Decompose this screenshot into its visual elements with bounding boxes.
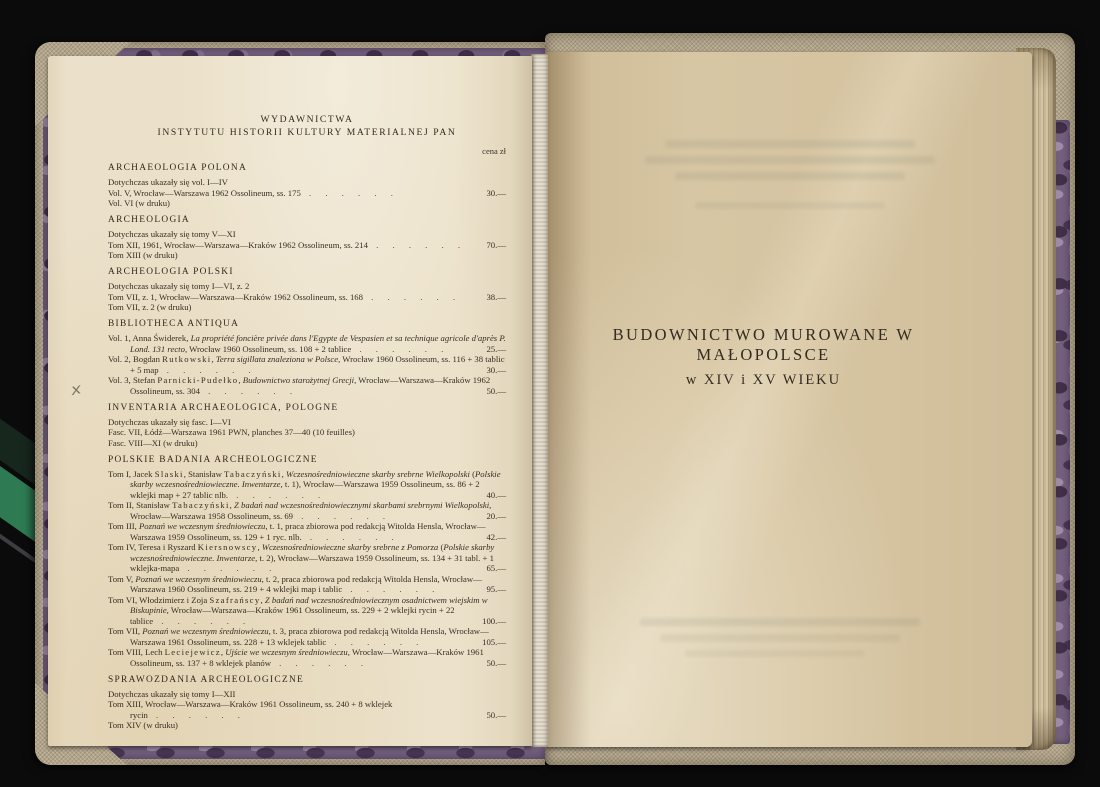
entry-text: Tabaczyński <box>172 500 230 510</box>
catalog-section: INVENTARIA ARCHAEOLOGICA, POLOGNEDotychc… <box>108 403 506 449</box>
price: 50.— <box>486 710 506 721</box>
entry-text: Poznań we wczesnym średniowieczu <box>139 521 265 531</box>
entry-text: Wczesnośredniowieczne skarby srebrne Wie… <box>286 469 470 479</box>
section-heading: ARCHEOLOGIA POLSKI <box>108 267 506 278</box>
dot-leader: . . . . . . <box>153 616 251 626</box>
entry-text: Tabaczyński <box>224 469 282 479</box>
dot-leader: . . . . . . <box>326 637 424 647</box>
list-header: WYDAWNICTWA INSTYTUTU HISTORII KULTURY M… <box>108 114 506 139</box>
catalog-entry: Tom III, Poznań we wczesnym średniowiecz… <box>108 521 506 542</box>
dot-leader: . . . . . . <box>368 240 466 250</box>
entry-text: Rutkowski <box>162 354 211 364</box>
catalog-entry: Vol. V, Wrocław—Warszawa 1962 Ossolineum… <box>108 188 506 199</box>
price-column-label: cena zł <box>108 146 506 157</box>
catalog-entry: Tom XIII, Wrocław—Warszawa—Kraków 1961 O… <box>108 699 506 720</box>
catalog-entry: Tom VIII, Lech Leciejewicz, Ujście we wc… <box>108 647 506 668</box>
show-through-text-blur <box>675 172 905 180</box>
entry-text: Fasc. VII, Łódź—Warszawa 1961 PWN, planc… <box>108 427 355 437</box>
price: 95.— <box>486 584 506 595</box>
dot-leader: . . . . . . <box>302 532 400 542</box>
show-through-text-blur <box>685 650 865 657</box>
catalog-entry: Dotychczas ukazały się tomy I—XII <box>108 689 506 700</box>
entry-text: Tom I, Jacek <box>108 469 155 479</box>
catalog-entry: Tom VI, Włodzimierz i Zoja Szafrańscy, Z… <box>108 595 506 627</box>
half-title-line2: w XIV i XV WIEKU <box>545 372 982 389</box>
entry-text: Parnicki-Pudełko <box>157 375 238 385</box>
half-title: BUDOWNICTWO MUROWANE W MAŁOPOLSCE w XIV … <box>545 325 982 389</box>
catalog-section: ARCHAEOLOGIA POLONADotychczas ukazały si… <box>108 163 506 209</box>
entry-text: Z badań nad wczesnośredniowiecznymi skar… <box>234 500 489 510</box>
binding-gauze <box>531 54 548 747</box>
entry-text: Dotychczas ukazały się tomy V—XI <box>108 229 236 239</box>
dot-leader: . . . . . . <box>363 292 461 302</box>
entry-text: Vol. 3, Stefan <box>108 375 157 385</box>
catalog-entry: Tom VII, z. 1, Wrocław—Warszawa—Kraków 1… <box>108 292 506 303</box>
catalog-entry: Dotychczas ukazały się vol. I—IV <box>108 177 506 188</box>
entry-text: Tom III, <box>108 521 139 531</box>
catalog-entry: Vol. VI (w druku) <box>108 198 506 209</box>
catalog-section: ARCHEOLOGIA POLSKIDotychczas ukazały się… <box>108 267 506 313</box>
entry-text: Fasc. VIII—XI (w druku) <box>108 438 198 448</box>
half-title-line1: BUDOWNICTWO MUROWANE W MAŁOPOLSCE <box>545 325 982 365</box>
catalog-sections: ARCHAEOLOGIA POLONADotychczas ukazały si… <box>108 163 506 731</box>
dot-leader: . . . . . . <box>271 658 369 668</box>
left-page: x WYDAWNICTWA INSTYTUTU HISTORII KULTURY… <box>48 56 532 746</box>
entry-text: Tom XII, 1961, Wrocław—Warszawa—Kraków 1… <box>108 240 368 250</box>
catalog-entry: Dotychczas ukazały się tomy I—VI, z. 2 <box>108 281 506 292</box>
show-through-text-blur <box>665 140 915 148</box>
price: 70.— <box>486 240 506 251</box>
entry-text: Dotychczas ukazały się tomy I—VI, z. 2 <box>108 281 249 291</box>
show-through-text-blur <box>640 618 920 626</box>
dot-leader: . . . . . . <box>301 188 399 198</box>
price: 38.— <box>486 292 506 303</box>
entry-text: Poznań we wczesnym średniowieczu <box>142 626 268 636</box>
catalog-entry: Tom V, Poznań we wczesnym średniowieczu,… <box>108 574 506 595</box>
dot-leader: . . . . . . <box>148 710 246 720</box>
entry-text: Tom VI, Włodzimierz i Zoja <box>108 595 209 605</box>
section-heading: BIBLIOTHECA ANTIQUA <box>108 319 506 330</box>
catalog-section: BIBLIOTHECA ANTIQUAVol. 1, Anna Świderek… <box>108 319 506 396</box>
catalog-section: SPRAWOZDANIA ARCHEOLOGICZNEDotychczas uk… <box>108 675 506 731</box>
dot-leader: . . . . . . <box>351 344 449 354</box>
show-through-text-blur <box>645 156 935 164</box>
entry-text: Kiersnowscy <box>198 542 258 552</box>
entry-text: Budownictwo starożytnej Grecji <box>243 375 354 385</box>
dot-leader: . . . . . . <box>228 490 326 500</box>
entry-text: Tom IV, Teresa i Ryszard <box>108 542 198 552</box>
catalog-entry: Tom IV, Teresa i Ryszard Kiersnowscy, Wc… <box>108 542 506 574</box>
entry-text: Terra sigillata znaleziona w Polsce <box>216 354 338 364</box>
price: 100.— <box>482 616 506 627</box>
catalog-section: ARCHEOLOGIADotychczas ukazały się tomy V… <box>108 215 506 261</box>
entry-text: Szafrańscy <box>209 595 260 605</box>
price: 30.— <box>486 365 506 376</box>
entry-text: Tom VII, z. 1, Wrocław—Warszawa—Kraków 1… <box>108 292 363 302</box>
show-through-text-blur <box>695 202 885 209</box>
price: 20.— <box>486 511 506 522</box>
catalog-entry: Dotychczas ukazały się tomy V—XI <box>108 229 506 240</box>
catalog-entry: Tom XIV (w druku) <box>108 720 506 731</box>
entry-text: Vol. VI (w druku) <box>108 198 170 208</box>
price: 30.— <box>486 188 506 199</box>
entry-text: Vol. 2, Bogdan <box>108 354 162 364</box>
list-header-line1: WYDAWNICTWA <box>108 114 506 127</box>
catalog-entry: Fasc. VII, Łódź—Warszawa 1961 PWN, planc… <box>108 427 506 438</box>
section-heading: INVENTARIA ARCHAEOLOGICA, POLOGNE <box>108 403 506 414</box>
catalog-entry: Dotychczas ukazały się fasc. I—VI <box>108 417 506 428</box>
section-heading: SPRAWOZDANIA ARCHEOLOGICZNE <box>108 675 506 686</box>
catalog-entry: Tom VII, Poznań we wczesnym średniowiecz… <box>108 626 506 647</box>
entry-text: Tom V, <box>108 574 135 584</box>
entry-text: , Stanisław <box>184 469 224 479</box>
entry-text: Vol. V, Wrocław—Warszawa 1962 Ossolineum… <box>108 188 301 198</box>
catalog-section: POLSKIE BADANIA ARCHEOLOGICZNETom I, Jac… <box>108 455 506 669</box>
entry-text: , Wrocław 1960 Ossolineum, ss. 108 + 2 t… <box>185 344 351 354</box>
entry-text: Wczesnośredniowieczne skarby srebrne z P… <box>262 542 438 552</box>
catalog-entry: Tom I, Jacek Slaski, Stanisław Tabaczyńs… <box>108 469 506 501</box>
price: 25.— <box>486 344 506 355</box>
entry-text: Tom VIII, Lech <box>108 647 165 657</box>
entry-text: Dotychczas ukazały się vol. I—IV <box>108 177 228 187</box>
dot-leader: . . . . . . <box>293 511 391 521</box>
catalog-entry: Vol. 1, Anna Świderek, La propriété fonc… <box>108 333 506 354</box>
entry-text: Tom II, Stanisław <box>108 500 172 510</box>
section-heading: POLSKIE BADANIA ARCHEOLOGICZNE <box>108 455 506 466</box>
book-scan: { "colors": { "background": "#0b0b0c", "… <box>0 0 1100 787</box>
catalog-entry: Fasc. VIII—XI (w druku) <box>108 438 506 449</box>
dot-leader: . . . . . . <box>342 584 440 594</box>
entry-text: Dotychczas ukazały się tomy I—XII <box>108 689 235 699</box>
dot-leader: . . . . . . <box>200 386 298 396</box>
entry-text: Ujście we wczesnym średniowieczu <box>225 647 348 657</box>
catalog-entry: Tom XII, 1961, Wrocław—Warszawa—Kraków 1… <box>108 240 506 251</box>
dot-leader: . . . . . . <box>179 563 277 573</box>
price: 65.— <box>486 563 506 574</box>
catalog-entry: Tom XIII (w druku) <box>108 250 506 261</box>
entry-text: Dotychczas ukazały się fasc. I—VI <box>108 417 231 427</box>
show-through-text-blur <box>660 634 900 642</box>
catalog-entry: Tom II, Stanisław Tabaczyński, Z badań n… <box>108 500 506 521</box>
right-page: BUDOWNICTWO MUROWANE W MAŁOPOLSCE w XIV … <box>545 52 1032 747</box>
catalog-entry: Vol. 2, Bogdan Rutkowski, Terra sigillat… <box>108 354 506 375</box>
price: 50.— <box>486 386 506 397</box>
dot-leader: . . . . . . <box>159 365 257 375</box>
entry-text: Leciejewicz <box>165 647 221 657</box>
entry-text: Tom XIII (w druku) <box>108 250 178 260</box>
publications-list: WYDAWNICTWA INSTYTUTU HISTORII KULTURY M… <box>108 114 506 731</box>
entry-text: Tom VII, z. 2 (w druku) <box>108 302 191 312</box>
entry-text: Slaski <box>155 469 184 479</box>
price: 40.— <box>486 490 506 501</box>
list-header-line2: INSTYTUTU HISTORII KULTURY MATERIALNEJ P… <box>108 127 506 140</box>
price: 42.— <box>486 532 506 543</box>
section-heading: ARCHAEOLOGIA POLONA <box>108 163 506 174</box>
price: 105.— <box>482 637 506 648</box>
entry-text: Tom VII, <box>108 626 142 636</box>
entry-text: Vol. 1, Anna Świderek, <box>108 333 191 343</box>
catalog-entry: Vol. 3, Stefan Parnicki-Pudełko, Budowni… <box>108 375 506 396</box>
catalog-entry: Tom VII, z. 2 (w druku) <box>108 302 506 313</box>
entry-text: Poznań we wczesnym średniowieczu <box>135 574 261 584</box>
price: 50.— <box>486 658 506 669</box>
section-heading: ARCHEOLOGIA <box>108 215 506 226</box>
pencil-x-mark: x <box>69 381 83 400</box>
entry-text: Tom XIV (w druku) <box>108 720 178 730</box>
